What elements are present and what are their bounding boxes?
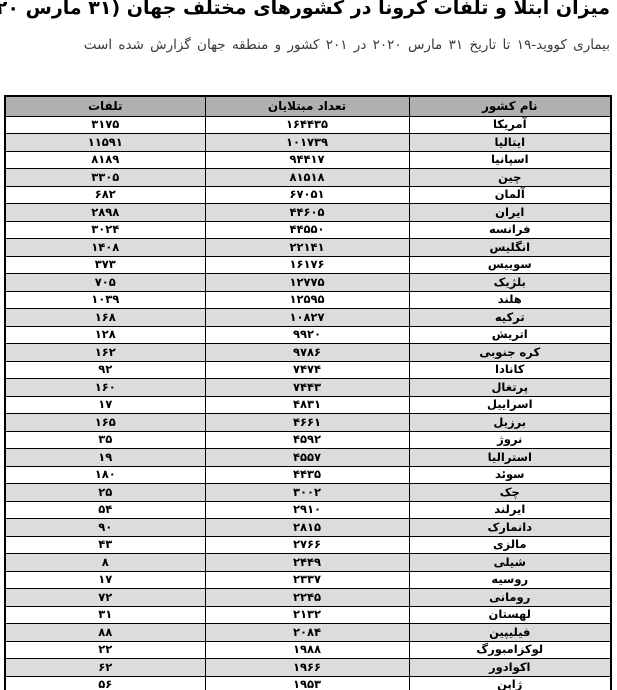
infected-count-cell: ۴۵۹۲	[205, 431, 409, 449]
infected-count-cell: ۱۹۸۸	[205, 641, 409, 659]
table-row: پرتغال ۷۴۴۳ ۱۶۰	[5, 379, 611, 397]
table-row: ایران ۴۴۶۰۵ ۲۸۹۸	[5, 204, 611, 222]
country-name-cell: رومانی	[409, 589, 611, 607]
deaths-cell: ۹۲	[5, 361, 205, 379]
infected-count-cell: ۲۷۶۶	[205, 536, 409, 554]
header-infected-count: تعداد مبتلایان	[205, 96, 409, 116]
infected-count-cell: ۱۰۸۲۷	[205, 309, 409, 327]
deaths-cell: ۲۵	[5, 484, 205, 502]
infected-count-cell: ۴۸۳۱	[205, 396, 409, 414]
infected-count-cell: ۲۳۳۷	[205, 571, 409, 589]
infected-count-cell: ۱۹۵۳	[205, 676, 409, 690]
country-name-cell: ترکیه	[409, 309, 611, 327]
country-name-cell: ایرلند	[409, 501, 611, 519]
deaths-cell: ۶۸۲	[5, 186, 205, 204]
infected-count-cell: ۲۹۱۰	[205, 501, 409, 519]
infected-count-cell: ۴۴۳۵	[205, 466, 409, 484]
table-row: چک ۳۰۰۲ ۲۵	[5, 484, 611, 502]
infected-count-cell: ۲۲۴۵	[205, 589, 409, 607]
table-row: چین ۸۱۵۱۸ ۳۳۰۵	[5, 169, 611, 187]
table-row: آلمان ۶۷۰۵۱ ۶۸۲	[5, 186, 611, 204]
country-name-cell: کره جنوبی	[409, 344, 611, 362]
table-row: دانمارک ۲۸۱۵ ۹۰	[5, 519, 611, 537]
deaths-cell: ۹۰	[5, 519, 205, 537]
table-row: رومانی ۲۲۴۵ ۷۲	[5, 589, 611, 607]
country-name-cell: سوئد	[409, 466, 611, 484]
country-name-cell: پرتغال	[409, 379, 611, 397]
country-name-cell: ایران	[409, 204, 611, 222]
deaths-cell: ۵۴	[5, 501, 205, 519]
country-name-cell: استرالیا	[409, 449, 611, 467]
table-row: برزیل ۴۶۶۱ ۱۶۵	[5, 414, 611, 432]
header-deaths: تلفات	[5, 96, 205, 116]
infected-count-cell: ۷۴۴۳	[205, 379, 409, 397]
table-row: روسیه ۲۳۳۷ ۱۷	[5, 571, 611, 589]
header-country-name: نام کشور	[409, 96, 611, 116]
infected-count-cell: ۲۲۱۴۱	[205, 239, 409, 257]
table-row: فرانسه ۴۴۵۵۰ ۳۰۲۴	[5, 221, 611, 239]
page-subtitle: بیماری کووید-۱۹ تا تاریخ ۳۱ مارس ۲۰۲۰ در…	[0, 36, 610, 55]
table-row: سوییس ۱۶۱۷۶ ۳۷۳	[5, 256, 611, 274]
deaths-cell: ۱۹	[5, 449, 205, 467]
deaths-cell: ۷۲	[5, 589, 205, 607]
deaths-cell: ۳۵	[5, 431, 205, 449]
infected-count-cell: ۹۴۴۱۷	[205, 151, 409, 169]
deaths-cell: ۵۶	[5, 676, 205, 690]
country-name-cell: برزیل	[409, 414, 611, 432]
country-name-cell: اکوادور	[409, 659, 611, 677]
table-header-row: نام کشور تعداد مبتلایان تلفات	[5, 96, 611, 116]
report-page: میزان ابتلا و تلفات کرونا در کشورهای مخت…	[0, 0, 617, 690]
infected-count-cell: ۱۲۵۹۵	[205, 291, 409, 309]
infected-count-cell: ۴۶۶۱	[205, 414, 409, 432]
country-name-cell: لوکزامبورگ	[409, 641, 611, 659]
country-name-cell: نروژ	[409, 431, 611, 449]
infected-count-cell: ۴۴۵۵۰	[205, 221, 409, 239]
table-row: مالزی ۲۷۶۶ ۴۳	[5, 536, 611, 554]
deaths-cell: ۱۷	[5, 571, 205, 589]
deaths-cell: ۱۷	[5, 396, 205, 414]
deaths-cell: ۳۱۷۵	[5, 116, 205, 134]
table-body: آمریکا ۱۶۴۴۳۵ ۳۱۷۵ ایتالیا ۱۰۱۷۳۹ ۱۱۵۹۱ …	[5, 116, 611, 690]
infected-count-cell: ۱۰۱۷۳۹	[205, 134, 409, 152]
table-row: استرالیا ۴۵۵۷ ۱۹	[5, 449, 611, 467]
table-row: لوکزامبورگ ۱۹۸۸ ۲۲	[5, 641, 611, 659]
table-row: نروژ ۴۵۹۲ ۳۵	[5, 431, 611, 449]
table-row: لهستان ۲۱۳۲ ۳۱	[5, 606, 611, 624]
table-row: کانادا ۷۴۷۴ ۹۲	[5, 361, 611, 379]
deaths-cell: ۸۱۸۹	[5, 151, 205, 169]
deaths-cell: ۱۴۰۸	[5, 239, 205, 257]
table-row: ترکیه ۱۰۸۲۷ ۱۶۸	[5, 309, 611, 327]
infected-count-cell: ۹۷۸۶	[205, 344, 409, 362]
country-name-cell: اسپانیا	[409, 151, 611, 169]
table-row: کره جنوبی ۹۷۸۶ ۱۶۲	[5, 344, 611, 362]
table-row: اتریش ۹۹۲۰ ۱۲۸	[5, 326, 611, 344]
infected-count-cell: ۳۰۰۲	[205, 484, 409, 502]
country-name-cell: لهستان	[409, 606, 611, 624]
infected-count-cell: ۲۸۱۵	[205, 519, 409, 537]
deaths-cell: ۳۰۲۴	[5, 221, 205, 239]
infected-count-cell: ۴۴۶۰۵	[205, 204, 409, 222]
country-name-cell: مالزی	[409, 536, 611, 554]
deaths-cell: ۱۶۲	[5, 344, 205, 362]
country-name-cell: چین	[409, 169, 611, 187]
table-row: شیلی ۲۴۴۹ ۸	[5, 554, 611, 572]
infected-count-cell: ۴۵۵۷	[205, 449, 409, 467]
country-name-cell: ژاپن	[409, 676, 611, 690]
infected-count-cell: ۲۰۸۴	[205, 624, 409, 642]
country-name-cell: آمریکا	[409, 116, 611, 134]
infected-count-cell: ۱۶۱۷۶	[205, 256, 409, 274]
infected-count-cell: ۱۹۶۶	[205, 659, 409, 677]
deaths-cell: ۸۸	[5, 624, 205, 642]
deaths-cell: ۱۱۵۹۱	[5, 134, 205, 152]
country-name-cell: هلند	[409, 291, 611, 309]
deaths-cell: ۶۲	[5, 659, 205, 677]
deaths-cell: ۷۰۵	[5, 274, 205, 292]
country-name-cell: سوییس	[409, 256, 611, 274]
deaths-cell: ۱۸۰	[5, 466, 205, 484]
table-row: اسراییل ۴۸۳۱ ۱۷	[5, 396, 611, 414]
country-name-cell: اتریش	[409, 326, 611, 344]
country-name-cell: شیلی	[409, 554, 611, 572]
infected-count-cell: ۸۱۵۱۸	[205, 169, 409, 187]
country-name-cell: آلمان	[409, 186, 611, 204]
table-row: ایرلند ۲۹۱۰ ۵۴	[5, 501, 611, 519]
deaths-cell: ۱۶۰	[5, 379, 205, 397]
deaths-cell: ۴۳	[5, 536, 205, 554]
country-name-cell: ایتالیا	[409, 134, 611, 152]
table-row: بلژیک ۱۲۷۷۵ ۷۰۵	[5, 274, 611, 292]
deaths-cell: ۱۶۵	[5, 414, 205, 432]
country-name-cell: روسیه	[409, 571, 611, 589]
deaths-cell: ۲۸۹۸	[5, 204, 205, 222]
page-title: میزان ابتلا و تلفات کرونا در کشورهای مخت…	[0, 0, 610, 20]
country-name-cell: چک	[409, 484, 611, 502]
table-row: ژاپن ۱۹۵۳ ۵۶	[5, 676, 611, 690]
infected-count-cell: ۱۲۷۷۵	[205, 274, 409, 292]
table-row: هلند ۱۲۵۹۵ ۱۰۳۹	[5, 291, 611, 309]
infected-count-cell: ۷۴۷۴	[205, 361, 409, 379]
infected-count-cell: ۶۷۰۵۱	[205, 186, 409, 204]
table-row: اسپانیا ۹۴۴۱۷ ۸۱۸۹	[5, 151, 611, 169]
deaths-cell: ۲۲	[5, 641, 205, 659]
table-row: ایتالیا ۱۰۱۷۳۹ ۱۱۵۹۱	[5, 134, 611, 152]
deaths-cell: ۳۱	[5, 606, 205, 624]
table-row: فیلیپین ۲۰۸۴ ۸۸	[5, 624, 611, 642]
country-name-cell: بلژیک	[409, 274, 611, 292]
country-name-cell: فیلیپین	[409, 624, 611, 642]
deaths-cell: ۱۲۸	[5, 326, 205, 344]
covid-stats-table: نام کشور تعداد مبتلایان تلفات آمریکا ۱۶۴…	[4, 95, 612, 690]
table-row: اکوادور ۱۹۶۶ ۶۲	[5, 659, 611, 677]
infected-count-cell: ۹۹۲۰	[205, 326, 409, 344]
country-name-cell: انگلیس	[409, 239, 611, 257]
deaths-cell: ۳۷۳	[5, 256, 205, 274]
deaths-cell: ۱۰۳۹	[5, 291, 205, 309]
table-row: انگلیس ۲۲۱۴۱ ۱۴۰۸	[5, 239, 611, 257]
deaths-cell: ۳۳۰۵	[5, 169, 205, 187]
deaths-cell: ۱۶۸	[5, 309, 205, 327]
country-name-cell: فرانسه	[409, 221, 611, 239]
country-name-cell: کانادا	[409, 361, 611, 379]
deaths-cell: ۸	[5, 554, 205, 572]
infected-count-cell: ۲۴۴۹	[205, 554, 409, 572]
table-row: آمریکا ۱۶۴۴۳۵ ۳۱۷۵	[5, 116, 611, 134]
infected-count-cell: ۲۱۳۲	[205, 606, 409, 624]
country-name-cell: دانمارک	[409, 519, 611, 537]
infected-count-cell: ۱۶۴۴۳۵	[205, 116, 409, 134]
table-row: سوئد ۴۴۳۵ ۱۸۰	[5, 466, 611, 484]
country-name-cell: اسراییل	[409, 396, 611, 414]
